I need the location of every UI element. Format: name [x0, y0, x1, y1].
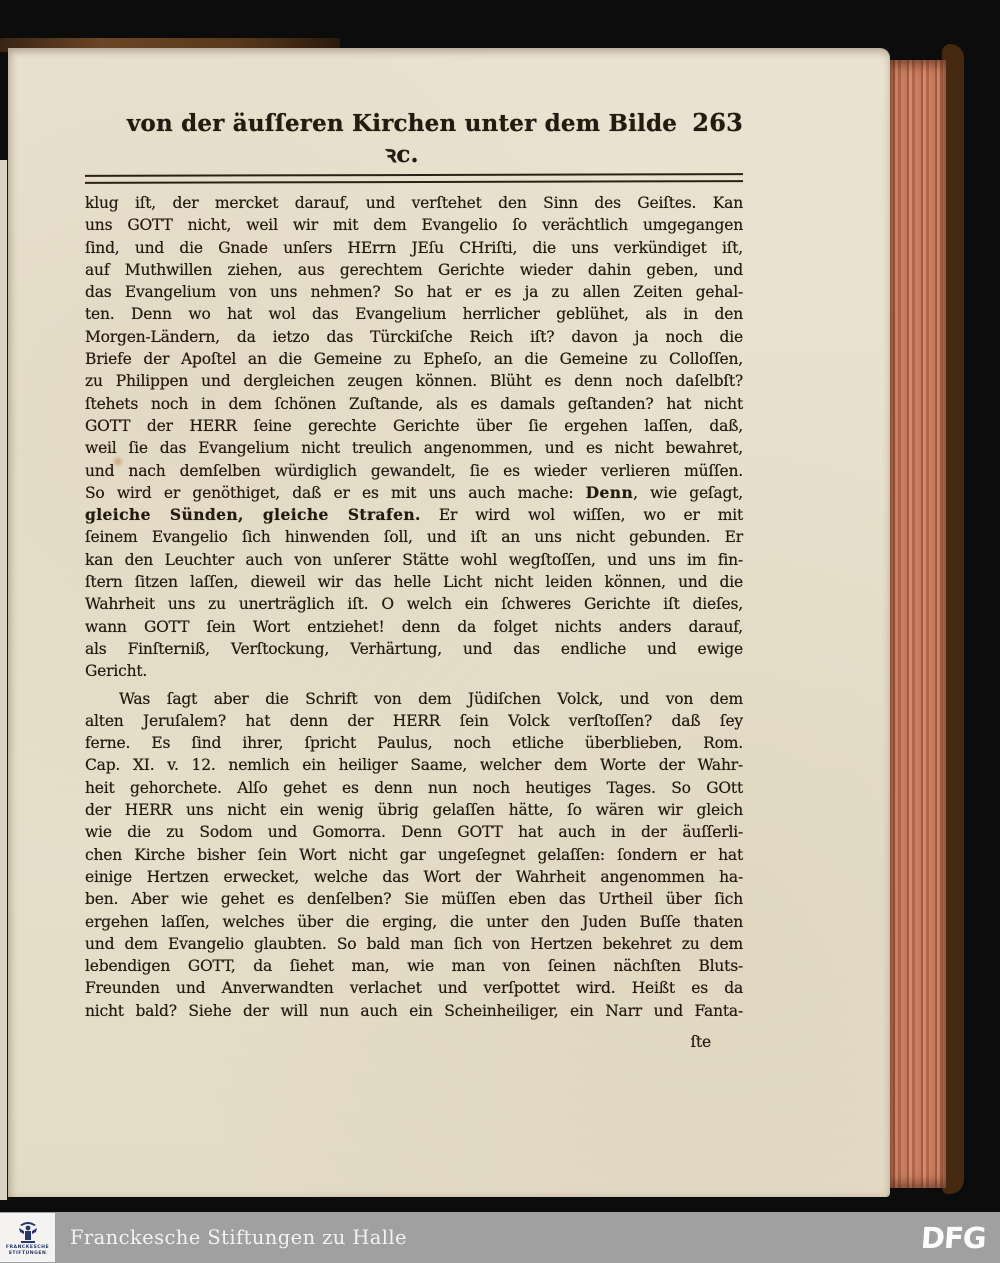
text-segment: Wahrheit uns zu unerträglich iſt. O welc…: [85, 595, 743, 613]
text-line: Wahrheit uns zu unerträglich iſt. O welc…: [85, 593, 743, 615]
text-line: ſtern ſitzen laſſen, dieweil wir das hel…: [85, 571, 743, 593]
text-segment: Er wird wol wiſſen, wo er mit: [421, 506, 743, 524]
text-line: ſind, und die Gnade unſers HErrn JEſu CH…: [85, 237, 743, 259]
text-line: klug iſt, der mercket darauf, und verſte…: [85, 192, 743, 214]
text-segment: ergehen laſſen, welches über die erging,…: [85, 913, 743, 931]
text-segment: , wie geſagt,: [633, 484, 743, 502]
text-segment: Morgen-Ländern, da ietzo das Türckiſche …: [85, 328, 743, 346]
text-segment: wie die zu Sodom und Gomorra. Denn GOTT …: [85, 823, 743, 841]
text-segment: heit gehorchete. Alſo gehet es denn nun …: [85, 779, 743, 797]
franckesche-stiftungen-logo: FRANCKESCHE STIFTUNGEN: [0, 1213, 55, 1262]
text-segment: klug iſt, der mercket darauf, und verſte…: [85, 194, 743, 212]
text-line: So wird er genöthiget, daß er es mit uns…: [85, 482, 743, 504]
text-segment: weil ſie das Evangelium nicht treulich a…: [85, 439, 743, 457]
text-line: ergehen laſſen, welches über die erging,…: [85, 911, 743, 933]
text-line: ſeinem Evangelio ſich hinwenden ſoll, un…: [85, 526, 743, 548]
text-segment: und nach demſelben würdiglich gewandelt,…: [85, 462, 743, 480]
text-line: gleiche Sünden, gleiche Strafen. Er wird…: [85, 504, 743, 526]
text-segment: uns GOTT nicht, weil wir mit dem Evangel…: [85, 216, 743, 234]
text-segment: Briefe der Apoſtel an die Gemeine zu Eph…: [85, 350, 743, 368]
text-segment: der HERR uns nicht ein wenig übrig gelaſ…: [85, 801, 743, 819]
text-segment: einige Hertzen erwecket, welche das Wort…: [85, 868, 743, 886]
text-segment: kan den Leuchter auch von unſerer Stätte…: [85, 551, 743, 569]
text-segment: als Finſterniß, Verſtockung, Verhärtung,…: [85, 640, 743, 658]
text-line: als Finſterniß, Verſtockung, Verhärtung,…: [85, 638, 743, 660]
text-segment: Freunden und Anverwandten verlachet und …: [85, 979, 743, 997]
text-segment: ſtern ſitzen laſſen, dieweil wir das hel…: [85, 573, 743, 591]
institution-label: Franckesche Stiftungen zu Halle: [70, 1226, 407, 1249]
text-segment: ſind, und die Gnade unſers HErrn JEſu CH…: [85, 239, 743, 257]
text-line: Was ſagt aber die Schrift von dem Jüdiſc…: [85, 688, 743, 710]
header-rule: [85, 173, 743, 184]
text-line: lebendigen GOTT, da ſiehet man, wie man …: [85, 955, 743, 977]
text-segment: wann GOTT ſein Wort entziehet! denn da f…: [85, 618, 743, 636]
text-line: wann GOTT ſein Wort entziehet! denn da f…: [85, 616, 743, 638]
text-segment: ferne. Es ſind ihrer, ſpricht Paulus, no…: [85, 734, 743, 752]
franckesche-stiftungen-logo-text: FRANCKESCHE STIFTUNGEN: [6, 1245, 49, 1256]
text-segment: das Evangelium von uns nehmen? So hat er…: [85, 283, 743, 301]
text-segment: lebendigen GOTT, da ſiehet man, wie man …: [85, 957, 743, 975]
text-segment: chen Kirche bisher ſein Wort nicht gar u…: [85, 846, 743, 864]
text-line: nicht bald? Siehe der will nun auch ein …: [85, 1000, 743, 1022]
text-line: und nach demſelben würdiglich gewandelt,…: [85, 460, 743, 482]
running-head-title: von der äuſſeren Kirchen unter dem Bilde…: [85, 110, 683, 169]
text-segment: ſtehets noch in dem ſchönen Zuſtande, al…: [85, 395, 743, 413]
text-segment: ten. Denn wo hat wol das Evangelium herr…: [85, 305, 743, 323]
text-segment: nicht bald? Siehe der will nun auch ein …: [85, 1002, 743, 1020]
text-line: GOTT der HERR ſeine gerechte Gerichte üb…: [85, 415, 743, 437]
text-line: ben. Aber wie gehet es denſelben? Sie mü…: [85, 888, 743, 910]
text-line: ten. Denn wo hat wol das Evangelium herr…: [85, 303, 743, 325]
logo-text-line2: STIFTUNGEN: [6, 1251, 49, 1256]
text-segment: So wird er genöthiget, daß er es mit uns…: [85, 484, 586, 502]
text-line: alten Jeruſalem? hat denn der HERR ſein …: [85, 710, 743, 732]
text-segment: und dem Evangelio glaubten. So bald man …: [85, 935, 743, 953]
text-line: der HERR uns nicht ein wenig übrig gelaſ…: [85, 799, 743, 821]
book-page: von der äuſſeren Kirchen unter dem Bilde…: [8, 48, 890, 1197]
text-segment: Gericht.: [85, 662, 147, 680]
text-segment: Cap. XI. v. 12. nemlich ein heiliger Saa…: [85, 756, 743, 774]
text-segment: GOTT der HERR ſeine gerechte Gerichte üb…: [85, 417, 743, 435]
franckesche-stiftungen-eagle-icon: [17, 1219, 39, 1243]
text-line: chen Kirche bisher ſein Wort nicht gar u…: [85, 844, 743, 866]
book-fore-edge: [890, 60, 946, 1188]
text-segment: alten Jeruſalem? hat denn der HERR ſein …: [85, 712, 743, 730]
text-line: zu Philippen und dergleichen zeugen könn…: [85, 370, 743, 392]
text-line: weil ſie das Evangelium nicht treulich a…: [85, 437, 743, 459]
text-line: uns GOTT nicht, weil wir mit dem Evangel…: [85, 214, 743, 236]
text-line: wie die zu Sodom und Gomorra. Denn GOTT …: [85, 821, 743, 843]
text-line: ferne. Es ſind ihrer, ſpricht Paulus, no…: [85, 732, 743, 754]
text-line: heit gehorchete. Alſo gehet es denn nun …: [85, 777, 743, 799]
text-line: Morgen-Ländern, da ietzo das Türckiſche …: [85, 326, 743, 348]
emphasized-text: Denn: [586, 483, 633, 502]
text-line: und dem Evangelio glaubten. So bald man …: [85, 933, 743, 955]
text-segment: auf Muthwillen ziehen, aus gerechtem Ger…: [85, 261, 743, 279]
text-line: Cap. XI. v. 12. nemlich ein heiliger Saa…: [85, 754, 743, 776]
text-line: Freunden und Anverwandten verlachet und …: [85, 977, 743, 999]
page-content: von der äuſſeren Kirchen unter dem Bilde…: [85, 108, 743, 1053]
text-segment: ſeinem Evangelio ſich hinwenden ſoll, un…: [85, 528, 743, 546]
text-line: kan den Leuchter auch von unſerer Stätte…: [85, 549, 743, 571]
logo-text-line1: FRANCKESCHE: [6, 1245, 49, 1250]
paragraph: Was ſagt aber die Schrift von dem Jüdiſc…: [85, 688, 743, 1022]
text-line: einige Hertzen erwecket, welche das Wort…: [85, 866, 743, 888]
text-line: das Evangelium von uns nehmen? So hat er…: [85, 281, 743, 303]
paragraph: klug iſt, der mercket darauf, und verſte…: [85, 192, 743, 683]
catchword: ſte: [85, 1031, 743, 1053]
text-line: Gericht.: [85, 660, 743, 682]
emphasized-text: gleiche Sünden, gleiche Strafen.: [85, 505, 421, 524]
body-text: klug iſt, der mercket darauf, und verſte…: [85, 192, 743, 1022]
text-line: ſtehets noch in dem ſchönen Zuſtande, al…: [85, 393, 743, 415]
text-segment: zu Philippen und dergleichen zeugen könn…: [85, 372, 743, 390]
dfg-logo: DFG: [920, 1221, 987, 1255]
running-head: von der äuſſeren Kirchen unter dem Bilde…: [85, 108, 743, 169]
text-line: Briefe der Apoſtel an die Gemeine zu Eph…: [85, 348, 743, 370]
viewer-footer-bar: FRANCKESCHE STIFTUNGEN Franckesche Stift…: [0, 1212, 1000, 1263]
text-line: auf Muthwillen ziehen, aus gerechtem Ger…: [85, 259, 743, 281]
page-number: 263: [683, 108, 743, 137]
text-segment: ben. Aber wie gehet es denſelben? Sie mü…: [85, 890, 743, 908]
text-segment: Was ſagt aber die Schrift von dem Jüdiſc…: [119, 690, 743, 708]
